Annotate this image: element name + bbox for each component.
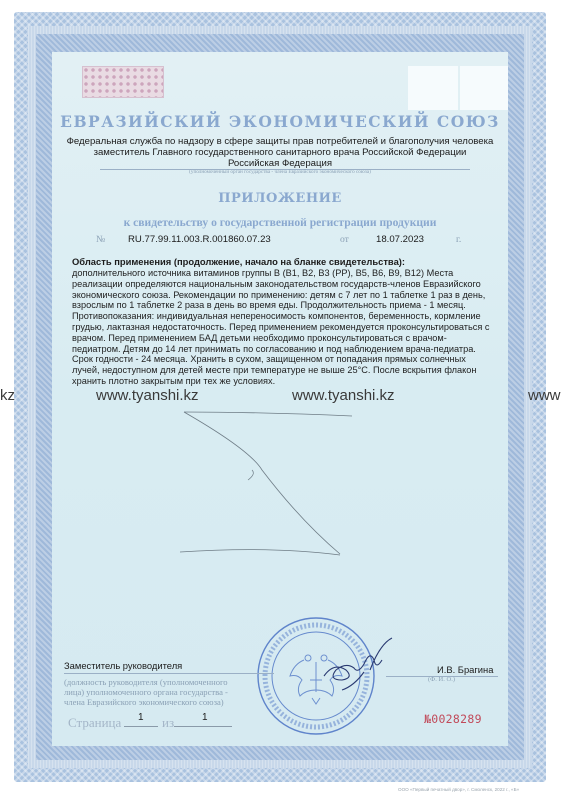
page-total: 1 (202, 712, 208, 723)
total-underline (174, 726, 232, 727)
signatory-name: И.В. Брагина (437, 664, 493, 675)
page-number: 1 (138, 712, 144, 723)
signatory-role: Заместитель руководителя (64, 660, 182, 671)
handwritten-signature (318, 636, 398, 696)
blank-serial-number: №0028289 (424, 712, 482, 726)
page-of-label: из (162, 715, 174, 731)
fio-caption: (Ф. И. О.) (428, 676, 455, 683)
caption-line: члена Евразийского экономического союза) (64, 698, 264, 708)
page-label: Страница (68, 715, 121, 731)
role-underline (64, 673, 274, 674)
position-caption: (должность руководителя (уполномоченного… (64, 678, 264, 707)
printer-imprint: ООО «Первый печатный двор», г. Смоленск,… (398, 787, 519, 792)
page-underline (124, 726, 158, 727)
